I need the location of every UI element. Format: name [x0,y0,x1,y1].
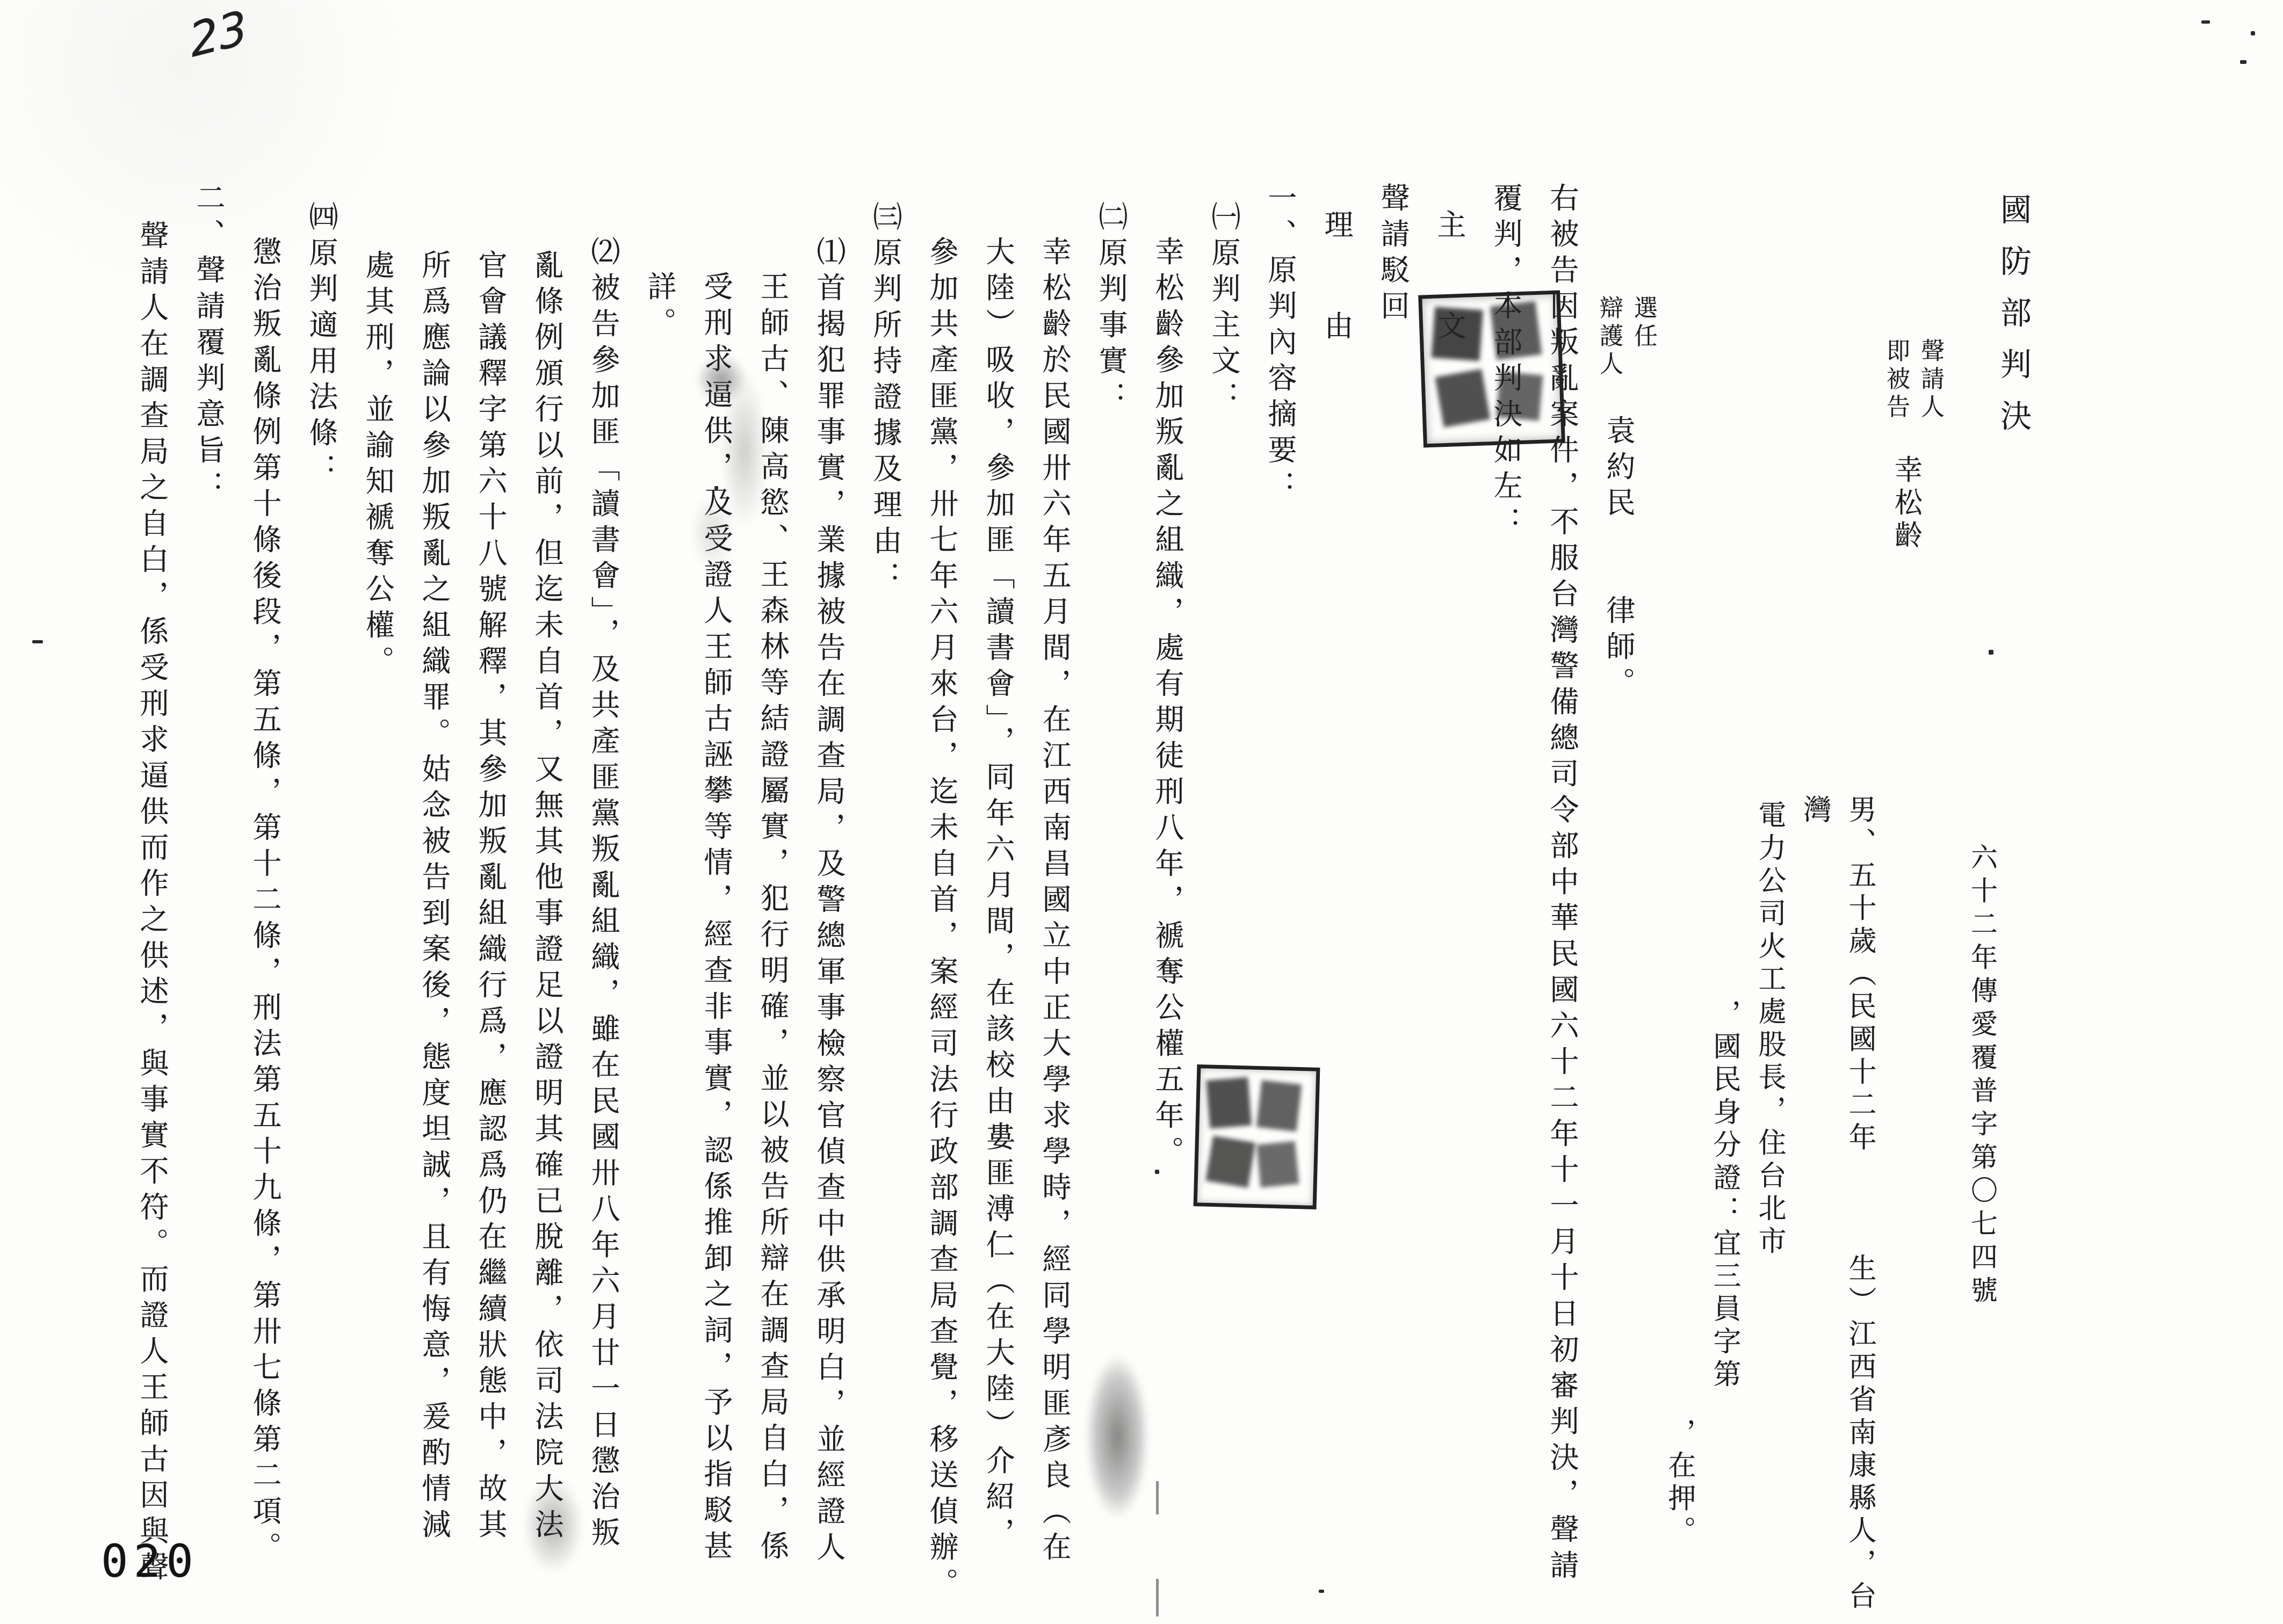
body-column: 詳。 [632,0,688,1624]
applicant-name: 幸松齡 [1890,422,1922,553]
ink-smudge [518,1469,588,1582]
body-column: 受刑求逼供，及受證人王師古誣攀等情，經查非事實，認係推卸之詞，予以指駁甚 [688,0,745,1624]
applicant-info-occupation-address: 電力公司火工處股長，住台北市 [1747,0,1792,1624]
fold-mark [1156,1579,1159,1616]
applicant-info-sex-age-origin: 男、五十歲（民國十二年 生）江西省南康縣人，台灣 [1792,0,1882,1624]
scan-noise [1155,1170,1159,1174]
body-column: 所爲應論以參加叛亂之組織罪。姑念被告到案後，態度坦誠，且有悔意，爰酌情減 [406,0,463,1624]
verdict-text: 聲請駁回 [1365,0,1421,1624]
applicant-role-labels: 聲請人 即被告 [1882,338,1944,422]
body-column: ㈢原判所持證據及理由： [857,0,914,1624]
defender-label-bottom: 辯護人 [1595,295,1622,379]
fold-mark [1156,1481,1159,1514]
verdict-heading: 主 文 [1421,0,1478,1624]
body-column: 懲治叛亂條例第十條後段，第五條，第十二條，刑法第五十九條，第卅七條第二項。 [237,0,293,1624]
body-column: 一、原判內容摘要： [1252,0,1309,1624]
applicant-info-id-number: ，國民身分證：宜三員字第 [1702,0,1747,1624]
applicant-label-bottom: 即被告 [1882,338,1909,422]
ink-seal-over-sentence [1194,1064,1320,1209]
body-column: 亂條例頒行以前，但迄未自首，又無其他事證足以證明其確已脫離，依司法院大法 [519,0,575,1624]
preamble-line-2: 覆判，本部判決如左： [1478,0,1534,1624]
body-column: 官會議釋字第六十八號解釋，其參加叛亂組織行爲，應認爲仍在繼續狀態中，故其 [463,0,519,1624]
scan-noise [2251,31,2255,35]
body-column: ⑴首揭犯罪事實，業據被告在調查局，及警總軍事檢察官偵查中供承明白，並經證人 [801,0,857,1624]
printed-page-number: 020 [101,1535,199,1587]
reason-heading: 理 由 [1309,0,1365,1624]
scan-noise [714,486,718,490]
body-column: 大陸）吸收，參加匪「讀書會」，同年六月間，在該校由婁匪溥仁（在大陸）介紹， [970,0,1027,1624]
body-column: 二、聲請覆判意旨： [180,0,237,1624]
ink-seal-over-verdict [1418,290,1565,447]
body-column: 參加共產匪黨，卅七年六月來台，迄未自首，案經司法行政部調查局查覺，移送偵辦。 [914,0,970,1624]
defender-name: 袁約民 律師。 [1602,379,1636,703]
body-column: 幸松齡於民國卅六年五月間，在江西南昌國立中正大學求學時，經同學明匪彥良（在 [1027,0,1083,1624]
scanned-judgment-page: 23 國防部判決 六十二年傳愛覆普字第〇七四號 聲請人 即被告 幸松齡 男、五十… [0,0,2283,1624]
body-column: ㈣原判適用法條： [293,0,350,1624]
scan-noise [1319,1590,1324,1593]
scan-noise [2201,20,2210,24]
body-column: ⑵被告參加匪「讀書會」，及共產匪黨叛亂組織，雖在民國卅八年六月廿一日懲治叛 [575,0,632,1624]
scan-noise [1989,650,1993,655]
body-column: ㈠原判主文： [1196,0,1252,1624]
defender-column: 選任 辯護人 袁約民 律師。 [1591,0,1657,1624]
defender-label-top: 選任 [1630,295,1657,379]
applicant-label-top: 聲請人 [1917,338,1944,422]
applicant-info-custody-status: ，在押。 [1657,0,1702,1624]
scan-noise [2240,60,2246,64]
ink-smudge [1082,1345,1152,1528]
body-column: 聲請人在調查局之自白，係受刑求逼供而作之供述，與事實不符。而證人王師古因與聲 [124,0,180,1624]
body-column: 王師古、陳高慾、王森林等結證屬實，犯行明確，並以被告所辯在調查局自白，係 [745,0,801,1624]
applicant-column: 聲請人 即被告 幸松齡 [1882,0,1944,1624]
preamble-line-1: 右被告因叛亂案件，不服台灣警備總司令部中華民國六十二年十一月十日初審判決，聲請 [1534,0,1591,1624]
scan-noise [32,640,43,643]
ink-smudge [685,344,776,580]
body-column: 處其刑，並諭知褫奪公權。 [350,0,406,1624]
defender-role-labels: 選任 辯護人 [1595,295,1657,379]
